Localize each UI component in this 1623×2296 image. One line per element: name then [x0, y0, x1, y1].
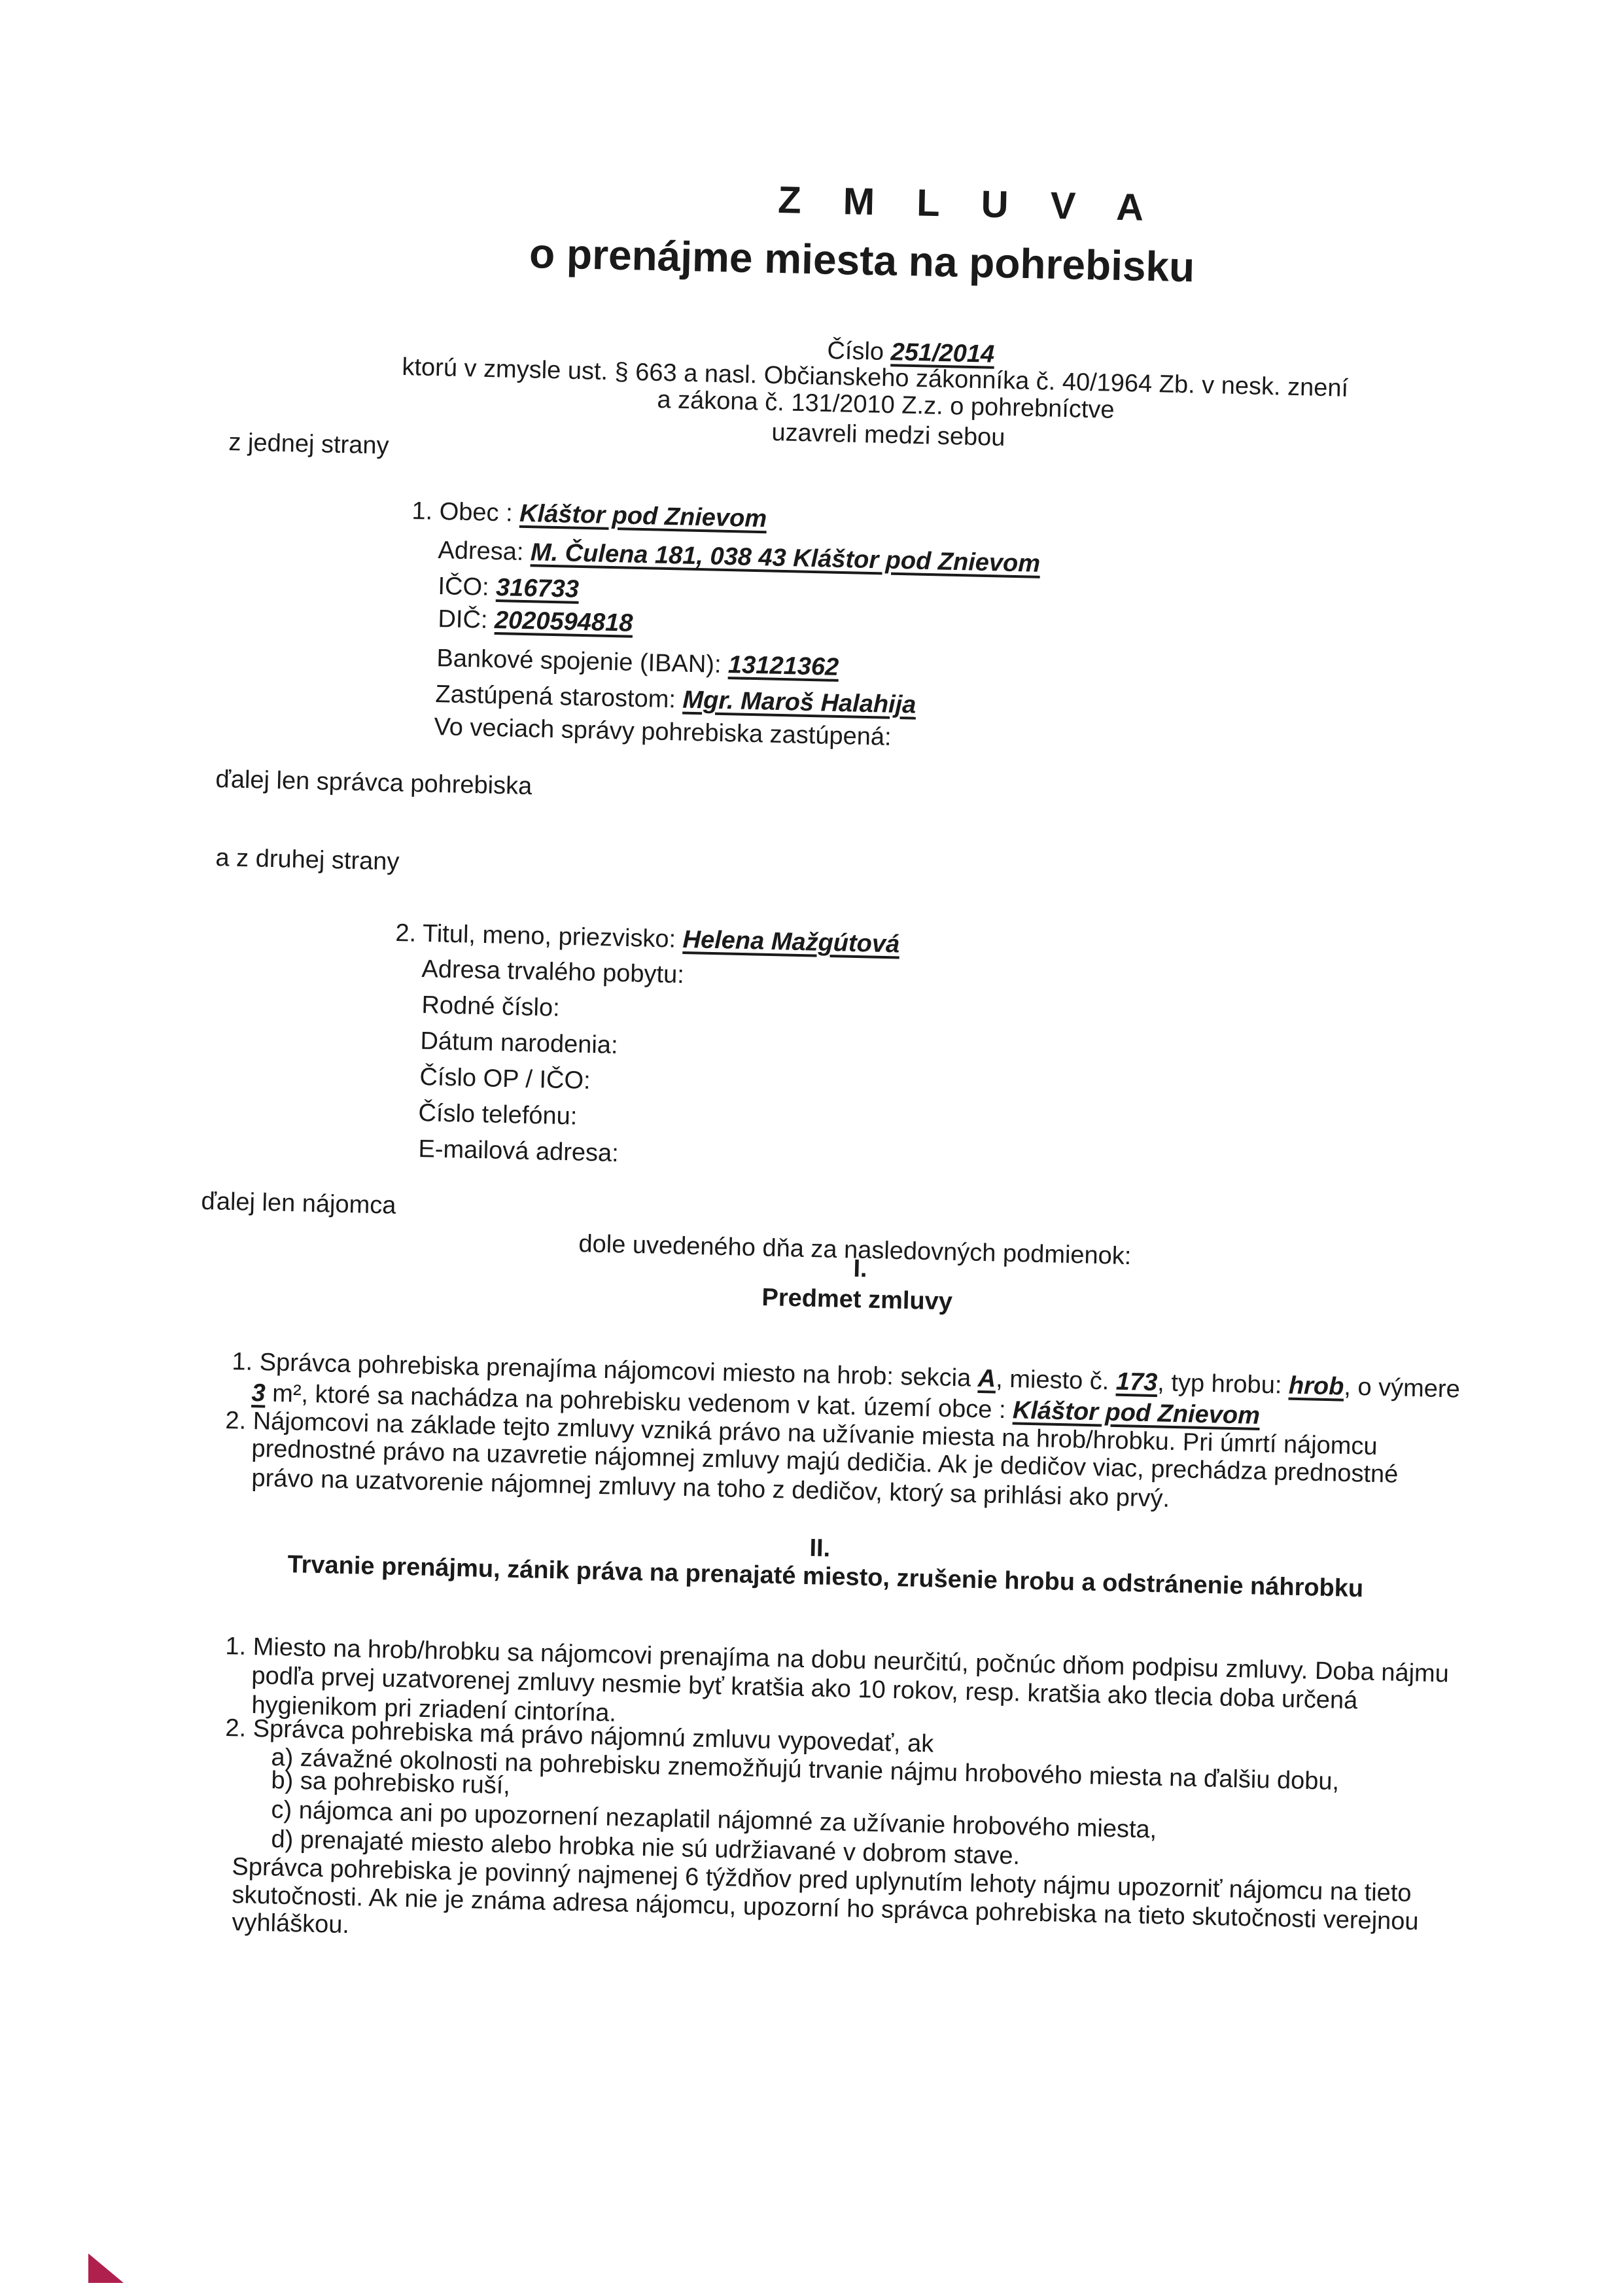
p1-text-c: , typ hrobu: [1157, 1369, 1282, 1399]
party1-adresa: Adresa: M. Čulena 181, 038 43 Kláštor po… [438, 537, 1041, 578]
dic-value: 2020594818 [495, 607, 633, 637]
party1-obec: 1. Obec : Kláštor pod Znievom [411, 497, 767, 533]
bank-label: Bankové spojenie (IBAN): [436, 645, 722, 679]
typ-value: hrob [1288, 1372, 1344, 1401]
bank-value: 13121362 [728, 651, 839, 681]
p1-text-b: , miesto č. [996, 1365, 1109, 1395]
party1-ico: IČO: 316733 [438, 573, 579, 604]
document-title: Z M L U V A [778, 178, 1160, 230]
section1-number: I. [853, 1255, 867, 1283]
obec-label: 1. Obec : [411, 497, 513, 527]
miesto-value: 173 [1115, 1368, 1157, 1396]
party2-field-phone: Číslo telefónu: [418, 1099, 578, 1131]
party2-field-address: Adresa trvalého pobytu: [421, 955, 684, 989]
party2-field-email: E-mailová adresa: [418, 1135, 619, 1168]
adresa-value: M. Čulena 181, 038 43 Kláštor pod Znievo… [531, 539, 1041, 578]
p1-text-d: , o výmere [1344, 1373, 1460, 1404]
party1-role: ďalej len správca pohrebiska [215, 766, 532, 801]
party1-admin: Vo veciach správy pohrebiska zastúpená: [434, 713, 892, 752]
ico-label: IČO: [438, 573, 489, 601]
name-label: 2. Titul, meno, priezvisko: [395, 919, 676, 953]
section2-number: II. [809, 1534, 831, 1563]
contract-number-label: Číslo [827, 337, 884, 366]
party2-field-id: Číslo OP / IČO: [419, 1063, 591, 1095]
party2-field-birth-date: Dátum narodenia: [420, 1027, 618, 1060]
contract-page: Z M L U V A o prenájme miesta na pohrebi… [0, 0, 1623, 2296]
section2-p3-line3: vyhláškou. [232, 1909, 349, 1939]
obec-cadastral-value: Kláštor pod Znievom [1013, 1396, 1261, 1430]
party1-dic: DIČ: 2020594818 [438, 605, 633, 638]
section1-title: Predmet zmluvy [761, 1284, 952, 1316]
adresa-label: Adresa: [438, 537, 524, 566]
party1-bank: Bankové spojenie (IBAN): 13121362 [436, 645, 839, 682]
corner-staple-mark [88, 2253, 124, 2283]
document-subtitle: o prenájme miesta na pohrebisku [529, 229, 1195, 291]
side-one-label: z jednej strany [228, 429, 389, 461]
side-two-label: a z druhej strany [215, 844, 400, 876]
party2-field-birth-number: Rodné číslo: [421, 991, 560, 1023]
intro-line-3: uzavreli medzi sebou [771, 419, 1005, 452]
ico-value: 316733 [496, 574, 580, 603]
party2-name: 2. Titul, meno, priezvisko: Helena Mažgú… [395, 919, 900, 959]
dic-label: DIČ: [438, 605, 488, 634]
party1-representative: Zastúpená starostom: Mgr. Maroš Halahija [435, 680, 916, 720]
section2-p2-item-b: b) sa pohrebisko ruší, [271, 1767, 510, 1800]
name-value: Helena Mažgútová [682, 926, 899, 959]
vymera-value: 3 [251, 1379, 266, 1407]
contract-number-value: 251/2014 [890, 338, 994, 368]
sekcia-value: A [977, 1365, 996, 1393]
party2-role: ďalej len nájomca [201, 1188, 396, 1220]
rep-value: Mgr. Maroš Halahija [682, 686, 916, 719]
rep-label: Zastúpená starostom: [435, 680, 676, 713]
obec-value: Kláštor pod Znievom [519, 500, 767, 533]
